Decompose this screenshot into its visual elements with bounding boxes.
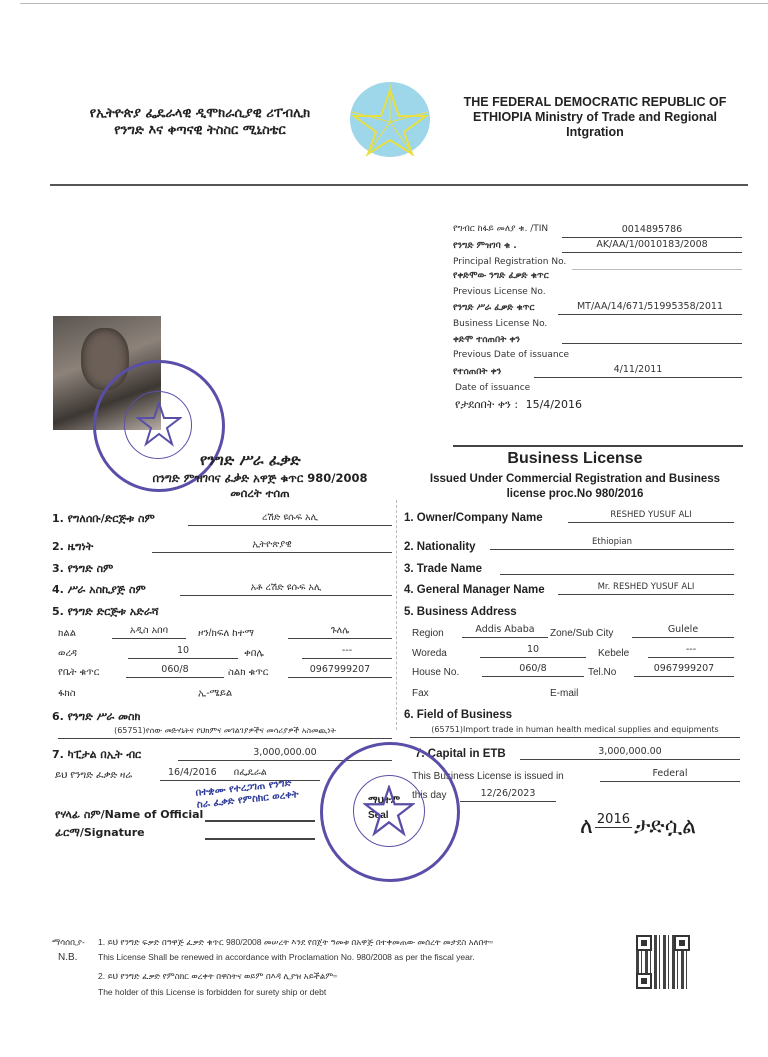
en-field-label: 6. Field of Business xyxy=(404,709,512,721)
header-amharic-line1: የኢትዮጵያ ፌዴራላዊ ዲሞክራሲያዊ ሪፐብሊክ xyxy=(60,105,340,122)
am-region-label: ክልል xyxy=(58,628,76,639)
am-manager-value: አቶ ረሽድ ዩሱፍ አሊ xyxy=(180,582,392,596)
am-owner-value: ረሽድ ዩሱፍ አሊ xyxy=(188,512,392,526)
title-divider xyxy=(453,445,743,447)
en-email-label: E-mail xyxy=(550,688,578,699)
am-fax-label: ፋክስ xyxy=(58,688,76,699)
am-owner-label: 1. የግለሰቡ/ድርጅቱ ስም xyxy=(52,512,155,526)
am-woreda-value: 10 xyxy=(128,645,238,659)
en-owner-value: RESHED YUSUF ALI xyxy=(568,509,734,523)
header-amharic-line2: የንግድ እና ቀጣናዊ ትስስር ሚኒስቴር xyxy=(60,122,340,139)
note2-amharic: 2. ይህ የንግድ ፈቃድ የምስክር ወረቀት በዋስትና ወይም በእዳ … xyxy=(98,971,337,982)
en-zone-value: Gulele xyxy=(632,624,734,638)
am-kebele-label: ቀበሌ xyxy=(244,648,264,659)
en-kebele-value: --- xyxy=(648,644,734,658)
seal-star-icon xyxy=(363,785,415,837)
note2-english: The holder of this License is forbidden … xyxy=(98,987,326,998)
am-phone-value: 0967999207 xyxy=(288,664,392,678)
am-official-label: የሃላፊ ስም/Name of Official xyxy=(55,808,203,822)
en-house-value: 060/8 xyxy=(482,663,584,677)
tin-label: የግብር ከፋይ መለያ ቁ. /TIN xyxy=(453,224,548,235)
header-english-line1: THE FEDERAL DEMOCRATIC REPUBLIC OF xyxy=(445,95,745,110)
renewal-value: 15/4/2016 xyxy=(526,398,582,411)
notes-label-en: N.B. xyxy=(58,952,77,963)
am-capital-label: 7. ካፒታል በኢት ብር xyxy=(52,748,141,762)
signature-line xyxy=(205,838,315,840)
business-license-label-en: Business License No. xyxy=(453,319,547,330)
header-english-line2: ETHIOPIA Ministry of Trade and Regional xyxy=(445,110,745,125)
renewed-suffix: ታድሷል xyxy=(634,814,696,839)
am-house-label: የቤት ቁጥር xyxy=(58,667,99,678)
previous-date-label-am: ቀድሞ ተሰጠበት ቀን xyxy=(453,335,520,346)
am-phone-label: ስልክ ቁጥር xyxy=(228,667,268,678)
renewal-date: የታደሰበት ቀን : 15/4/2016 xyxy=(455,398,582,412)
principal-value: AK/AA/1/0010183/2008 xyxy=(562,239,742,253)
en-manager-label: 4. General Manager Name xyxy=(404,584,545,596)
subtitle-amharic-line1: በንግድ ምዝገባና ፈቃድ አዋጅ ቁጥር 980/2008 xyxy=(125,471,395,486)
am-trade-name-label: 3. የንግድ ስም xyxy=(52,562,113,576)
previous-license-label-am: የቀድሞው ንግድ ፈቃድ ቁጥር xyxy=(453,271,549,282)
subtitle-english-line1: Issued Under Commercial Registration and… xyxy=(405,472,745,487)
note1-english: This License Shall be renewed in accorda… xyxy=(98,952,475,963)
subtitle-english: Issued Under Commercial Registration and… xyxy=(405,472,745,502)
am-field-value: (65751)የሰው መድሃኒትና የህክምና መገልገያዎችና መሳሪያዎች … xyxy=(58,725,392,739)
principal-label-en: Principal Registration No. xyxy=(453,257,566,268)
am-region-value: አዲስ አበባ xyxy=(112,625,186,639)
am-woreda-label: ወረዳ xyxy=(58,648,77,659)
en-field-value: (65751)Import trade in human health medi… xyxy=(410,724,740,738)
en-region-value: Addis Ababa xyxy=(462,624,548,638)
handwritten-note: በተቋሙ የተረጋገጠ የንግድ ስራ ፈቃድ የምስክር ወረቀት xyxy=(195,776,307,811)
qr-code-icon xyxy=(636,935,690,989)
official-name-line xyxy=(205,820,315,822)
title-amharic: የንግድ ሥራ ፈቃድ xyxy=(200,451,301,469)
am-manager-label: 4. ሥራ አስኪያጅ ስም xyxy=(52,583,146,597)
official-stamp-2 xyxy=(320,742,460,882)
en-tel-value: 0967999207 xyxy=(634,663,734,677)
am-issued-today-label: ይህ የንግድ ፈቃድ ዛሬ xyxy=(55,770,132,781)
business-license-value: MT/AA/14/671/51995358/2011 xyxy=(558,301,742,315)
en-zone-label: Zone/Sub City xyxy=(550,628,613,639)
issue-date-value: 4/11/2011 xyxy=(534,364,742,378)
en-owner-label: 1. Owner/Company Name xyxy=(404,512,543,524)
note1-amharic: 1. ይህ የንግድ ፍቃድ በዓዋጅ ፈቃድ ቁጥር 980/2008 መሠረ… xyxy=(98,937,618,948)
en-issued-in-value: Federal xyxy=(600,768,740,782)
en-trade-name-label: 3. Trade Name xyxy=(404,563,482,575)
header-divider xyxy=(50,184,748,186)
en-woreda-label: Woreda xyxy=(412,648,447,659)
am-signature-label: ፊርማ/Signature xyxy=(55,826,145,840)
subtitle-english-line2: license proc.No 980/2016 xyxy=(405,487,745,502)
en-this-day-value: 12/26/2023 xyxy=(460,788,556,802)
renewed-year-value: 2016 xyxy=(595,812,632,828)
issued-today-date: 16/4/2016 xyxy=(168,767,217,778)
scan-edge-line xyxy=(20,3,768,4)
en-nationality-value: Ethiopian xyxy=(490,536,734,550)
en-trade-name-value xyxy=(500,561,734,575)
am-nationality-label: 2. ዜግነት xyxy=(52,540,93,554)
am-house-value: 060/8 xyxy=(126,664,224,678)
en-tel-label: Tel.No xyxy=(588,667,616,678)
am-address-label: 5. የንግድ ድርጅቱ አድራሻ xyxy=(52,605,159,619)
am-kebele-value: --- xyxy=(302,645,392,659)
am-field-label: 6. የንግድ ሥራ መስክ xyxy=(52,710,140,724)
principal-label-am: የንግድ ምዝገባ ቁ . xyxy=(453,241,517,252)
renewal-label: የታደሰበት ቀን : xyxy=(455,398,518,411)
en-address-label: 5. Business Address xyxy=(404,606,517,618)
issued-suffix: በፌዴራል xyxy=(234,767,267,778)
en-fax-label: Fax xyxy=(412,688,429,699)
stamp-star-icon xyxy=(136,401,182,447)
previous-date-value xyxy=(562,330,742,344)
issue-date-label-en: Date of issuance xyxy=(455,383,530,394)
header-amharic: የኢትዮጵያ ፌዴራላዊ ዲሞክራሲያዊ ሪፐብሊክ የንግድ እና ቀጣናዊ … xyxy=(60,105,340,139)
en-woreda-value: 10 xyxy=(480,644,586,658)
previous-license-label-en: Previous License No. xyxy=(453,287,546,298)
issue-date-label-am: የተሰጠበት ቀን xyxy=(453,367,501,378)
header-english-line3: Intgration xyxy=(445,125,745,140)
en-region-label: Region xyxy=(412,628,444,639)
renewed-prefix: ለ xyxy=(580,814,593,839)
en-kebele-label: Kebele xyxy=(598,648,629,659)
previous-date-label-en: Previous Date of issuance xyxy=(453,350,569,361)
am-email-label: ኢ-ሜይል xyxy=(198,688,232,699)
am-nationality-value: ኢትዮጵያዊ xyxy=(152,539,392,553)
ethiopian-emblem-icon xyxy=(350,82,430,157)
title-english: Business License xyxy=(420,450,730,468)
tin-value: 0014895786 xyxy=(562,224,742,238)
subtitle-amharic-line2: መሰረት ተሰጠ xyxy=(125,486,395,501)
header-english: THE FEDERAL DEMOCRATIC REPUBLIC OF ETHIO… xyxy=(445,95,745,140)
subtitle-amharic: በንግድ ምዝገባና ፈቃድ አዋጅ ቁጥር 980/2008 መሰረት ተሰጠ xyxy=(125,471,395,501)
am-zone-label: ዞን/ክፍለ ከተማ xyxy=(198,628,254,639)
en-house-label: House No. xyxy=(412,667,459,678)
en-capital-value: 3,000,000.00 xyxy=(520,746,740,760)
previous-license-value xyxy=(572,256,742,270)
column-divider xyxy=(396,500,398,730)
en-nationality-label: 2. Nationality xyxy=(404,541,476,553)
en-manager-value: Mr. RESHED YUSUF ALI xyxy=(558,581,734,595)
business-license-label-am: የንግድ ሥራ ፈቃድ ቁጥር xyxy=(453,303,534,314)
renewed-year: ለ2016ታድሷል xyxy=(580,812,696,839)
notes-label-am: ማሳሰቢያ- xyxy=(52,937,85,948)
am-zone-value: ጉለሌ xyxy=(288,625,392,639)
